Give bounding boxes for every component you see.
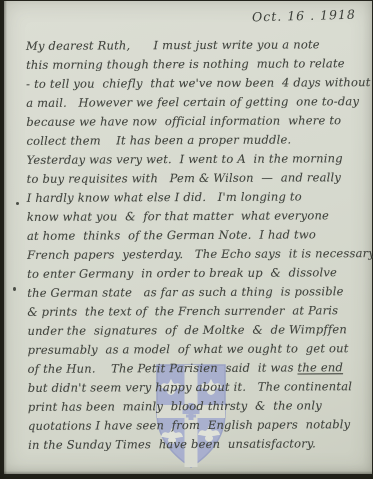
letter-line: to enter Germany in order to break up & …: [27, 263, 366, 284]
letter-line: My dearest Ruth, I must just write you a…: [26, 35, 365, 56]
letter-line: presumably as a model of what we ought t…: [27, 339, 366, 360]
letter-line: French papers yesterday. The Echo says i…: [27, 244, 366, 265]
letter-line: but didn't seem very happy about it. The…: [28, 377, 367, 398]
letter-date: Oct. 16 . 1918: [252, 7, 356, 25]
letter-line: a mail. However we feel certain of getti…: [26, 92, 365, 113]
letter-line: because we have now official information…: [26, 111, 365, 132]
letter-line: I hardly know what else I did. I'm longi…: [27, 187, 366, 208]
letter-body: My dearest Ruth, I must just write you a…: [26, 35, 367, 455]
scanned-letter-page: { "letter": { "date": "Oct. 16 . 1918", …: [0, 0, 373, 479]
letter-line: & prints the text of the French surrende…: [27, 301, 366, 322]
letter-line: at home thinks of the German Note. I had…: [27, 225, 366, 246]
ink-speck: [16, 202, 19, 205]
letter-line: of the Hun. The Petit Parisien said it w…: [28, 358, 367, 379]
letter-line: know what you & for that matter what eve…: [27, 206, 366, 227]
underlined-phrase: the end: [297, 360, 343, 374]
letter-paper: Oct. 16 . 1918 My dearest Ruth, I must j…: [4, 1, 372, 474]
letter-line: print has been mainly blood thirsty & th…: [28, 396, 367, 417]
ink-speck: [13, 287, 16, 291]
letter-line: in the Sunday Times have been unsatisfac…: [28, 434, 367, 455]
letter-line: quotations I have seen from English pape…: [28, 415, 367, 436]
letter-line: to buy requisites with Pem & Wilson — an…: [27, 168, 366, 189]
letter-line: collect them It has been a proper muddle…: [26, 130, 365, 151]
letter-line: Yesterday was very wet. I went to A in t…: [27, 149, 366, 170]
letter-line: this morning though there is nothing muc…: [26, 54, 365, 75]
letter-line: the German state as far as such a thing …: [27, 282, 366, 303]
letter-line: - to tell you chiefly that we've now bee…: [26, 73, 365, 94]
letter-line: under the signatures of de Moltke & de W…: [27, 320, 366, 341]
